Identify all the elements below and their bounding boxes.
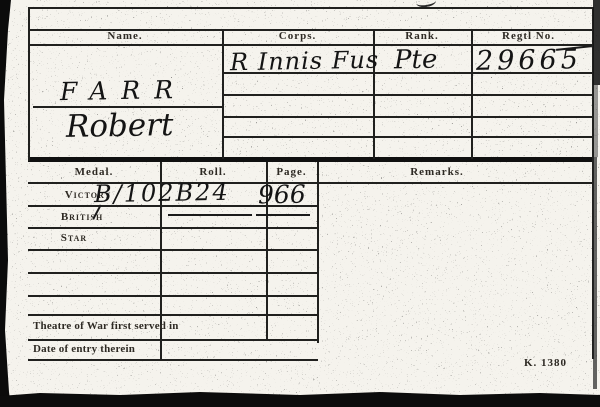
scan-edge-left — [0, 0, 12, 407]
medal-index-card: Name. Corps. Rank. Regtl No. Medal. Roll… — [0, 0, 600, 407]
grid-line — [28, 295, 318, 297]
pen-underline — [256, 214, 310, 216]
grid-line — [28, 314, 318, 316]
scan-edge-right — [594, 85, 598, 157]
section-divider — [28, 157, 594, 162]
grid-line — [28, 339, 318, 341]
grid-line — [222, 29, 224, 159]
grid-line — [28, 272, 318, 274]
grid-line — [28, 249, 318, 251]
roll-column-header: Roll. — [160, 166, 266, 178]
medal-row-british-label: British — [42, 211, 122, 223]
page-column-header: Page. — [266, 166, 317, 178]
grid-line — [28, 227, 318, 229]
scan-edge-bottom — [0, 390, 600, 407]
grid-line — [28, 359, 318, 361]
grid-line — [28, 7, 594, 9]
grid-line — [222, 136, 594, 138]
rank-value: Pte — [394, 45, 438, 76]
medal-row-star-label: Star — [34, 232, 114, 244]
form-number: K. 1380 — [524, 357, 567, 369]
pen-underline — [168, 214, 252, 216]
corps-column-header: Corps. — [222, 30, 373, 42]
victory-roll-value: B/102B24 — [94, 178, 230, 208]
remarks-header: Remarks. — [317, 166, 557, 178]
date-of-entry-label: Date of entry therein — [33, 343, 135, 355]
surname-value: FARR — [60, 75, 187, 106]
grid-line — [222, 116, 594, 118]
grid-line — [222, 94, 594, 96]
grid-line — [471, 29, 473, 159]
scan-edge-right — [593, 157, 597, 389]
theatre-of-war-label: Theatre of War first served in — [33, 320, 179, 332]
forename-value: Robert — [66, 107, 174, 145]
medal-column-header: Medal. — [28, 166, 160, 178]
name-column-header: Name. — [28, 30, 222, 42]
regtl-no-column-header: Regtl No. — [471, 30, 586, 42]
victory-page-value: 966 — [258, 180, 306, 210]
grid-line — [317, 162, 319, 343]
corps-value: R Innis Fus — [230, 46, 380, 77]
rank-column-header: Rank. — [373, 30, 471, 42]
scan-edge-right — [593, 0, 600, 85]
